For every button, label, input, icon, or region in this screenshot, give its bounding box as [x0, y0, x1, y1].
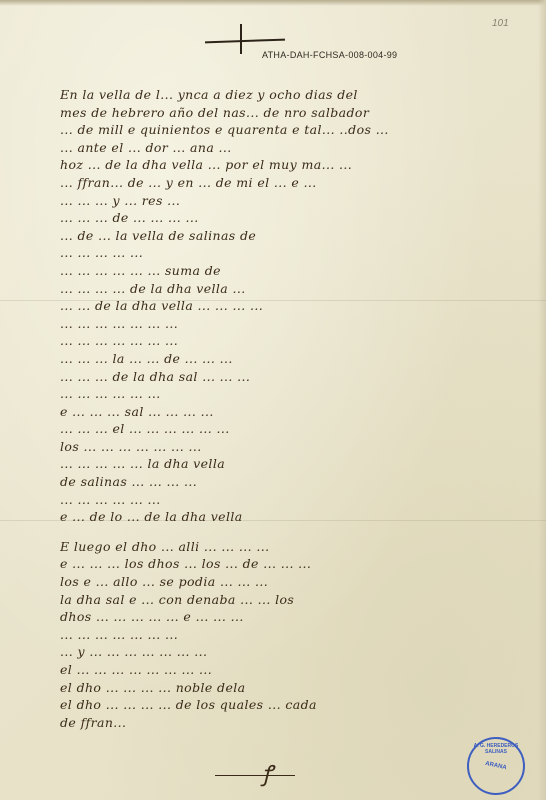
- stamp-ring-text: A. G. HEREDEROS SALINAS: [469, 743, 523, 755]
- manuscript-line: los ... ... ... ... ... ... ...: [60, 438, 510, 456]
- manuscript-line: el dho ... ... ... ... de los quales ...…: [60, 696, 510, 714]
- manuscript-line: e ... de lo ... de la dha vella: [60, 508, 510, 526]
- manuscript-line: ... ... ... ... ... ... ...: [60, 332, 510, 350]
- manuscript-line: ... ffran... de ... y en ... de mi el ..…: [60, 174, 510, 192]
- manuscript-page: ATHA-DAH-FCHSA-008-004-99 101 En la vell…: [0, 0, 546, 800]
- manuscript-line: E luego el dho ... alli ... ... ... ...: [60, 538, 510, 556]
- page-right-edge: [538, 0, 546, 800]
- manuscript-line: los e ... allo ... se podia ... ... ...: [60, 573, 510, 591]
- manuscript-line: hoz ... de la dha vella ... por el muy m…: [60, 156, 510, 174]
- manuscript-line: de salinas ... ... ... ...: [60, 473, 510, 491]
- manuscript-line: ... ... ... ... ... ...: [60, 491, 510, 509]
- manuscript-line: ... ... ... ... ... ... ...: [60, 315, 510, 333]
- manuscript-line: ... ... ... ... ... ... ...: [60, 626, 510, 644]
- cross-mark-horizontal: [205, 39, 285, 44]
- manuscript-line: ... ... ... ... ... ... suma de: [60, 262, 510, 280]
- notary-rubric-signature: ꝭ: [262, 758, 272, 788]
- manuscript-line: ... ... ... ... ...: [60, 244, 510, 262]
- stamp-center-text: ARANA: [485, 761, 507, 771]
- manuscript-line: ... de mill e quinientos e quarenta e ta…: [60, 121, 510, 139]
- paragraph-1: En la vella de l... ynca a diez y ocho d…: [60, 86, 510, 526]
- manuscript-line: ... ante el ... dor ... ana ...: [60, 139, 510, 157]
- archive-stamp: A. G. HEREDEROS SALINAS ARANA: [467, 737, 525, 795]
- manuscript-text: En la vella de l... ynca a diez y ocho d…: [60, 86, 510, 731]
- manuscript-line: ... y ... ... ... ... ... ... ...: [60, 643, 510, 661]
- page-top-edge: [0, 0, 546, 6]
- manuscript-line: En la vella de l... ynca a diez y ocho d…: [60, 86, 510, 104]
- cross-mark-vertical: [240, 24, 242, 54]
- manuscript-line: ... ... ... el ... ... ... ... ... ...: [60, 420, 510, 438]
- manuscript-line: ... ... ... ... ... la dha vella: [60, 455, 510, 473]
- manuscript-line: ... ... ... ... de la dha vella ...: [60, 280, 510, 298]
- manuscript-line: dhos ... ... ... ... ... e ... ... ...: [60, 608, 510, 626]
- manuscript-line: ... ... ... de la dha sal ... ... ...: [60, 368, 510, 386]
- manuscript-line: ... ... ... y ... res ...: [60, 192, 510, 210]
- manuscript-line: mes de hebrero año del nas... de nro sal…: [60, 104, 510, 122]
- manuscript-line: el ... ... ... ... ... ... ... ...: [60, 661, 510, 679]
- folio-number: 101: [492, 18, 509, 29]
- manuscript-line: ... de ... la vella de salinas de: [60, 227, 510, 245]
- signature-underline: [215, 775, 295, 776]
- archive-reference-code: ATHA-DAH-FCHSA-008-004-99: [262, 50, 397, 60]
- manuscript-line: ... ... de la dha vella ... ... ... ...: [60, 297, 510, 315]
- manuscript-line: e ... ... ... sal ... ... ... ...: [60, 403, 510, 421]
- manuscript-line: ... ... ... la ... ... de ... ... ...: [60, 350, 510, 368]
- manuscript-line: de ffran...: [60, 714, 510, 732]
- manuscript-line: ... ... ... ... ... ...: [60, 385, 510, 403]
- manuscript-line: la dha sal e ... con denaba ... ... los: [60, 591, 510, 609]
- manuscript-line: ... ... ... de ... ... ... ...: [60, 209, 510, 227]
- manuscript-line: el dho ... ... ... ... noble dela: [60, 679, 510, 697]
- manuscript-line: e ... ... ... los dhos ... los ... de ..…: [60, 555, 510, 573]
- paragraph-2: E luego el dho ... alli ... ... ... ...e…: [60, 538, 510, 732]
